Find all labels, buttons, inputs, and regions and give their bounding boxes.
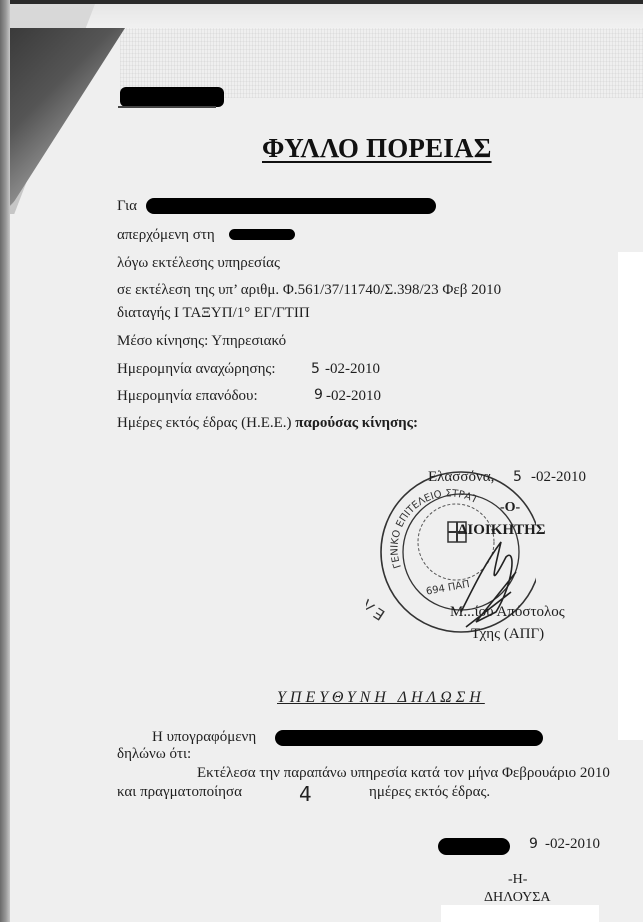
redacted-unit-name (120, 87, 224, 107)
commander-rank: Τχης (ΑΠΓ) (471, 626, 544, 643)
page-title: ΦΥΛΛΟ ΠΟΡΕΙΑΣ (262, 133, 492, 164)
directive-text: διαταγής Ι ΤΑΞΥΠ/1° ΕΓ/ΓΤΙΠ (117, 305, 310, 322)
commander-role: ΔΙΟΙΚΗΤΗΣ (458, 522, 546, 539)
order-reference: σε εκτέλεση της υπ’ αριθμ. Φ.561/37/1174… (117, 282, 501, 299)
scan-white-patch (618, 252, 643, 670)
scan-white-patch (618, 670, 643, 740)
redacted-place (438, 838, 510, 855)
redaction-underline (118, 106, 216, 108)
performed-label: και πραγματοποίησα (117, 784, 242, 801)
days-count-handwritten: 4 (299, 782, 312, 806)
declaration-date-rest: -02-2010 (545, 836, 600, 853)
days-suffix: ημέρες εκτός έδρας. (369, 784, 490, 801)
place-date-rest: -02-2010 (531, 469, 586, 486)
return-label: Ημερομηνία επανόδου: (117, 388, 258, 405)
scan-corner-shadow (10, 28, 125, 208)
days-away-label-normal: Ημέρες εκτός έδρας (Η.Ε.Ε.) (117, 415, 292, 431)
declare-text: δηλώνω ότι: (117, 746, 191, 763)
statement-text: Εκτέλεσα την παραπάνω υπηρεσία κατά τον … (197, 765, 610, 782)
days-away-label: Ημέρες εκτός έδρας (Η.Ε.Ε.) παρούσας κίν… (117, 415, 418, 432)
svg-text:ΕΛΛΗΝΙΚΗ: ΕΛΛΗΝΙΚΗ (366, 523, 388, 624)
signer-label: Η υπογραφόμενη (152, 729, 256, 746)
declarant-article: -Η- (508, 872, 527, 888)
redacted-recipient (146, 198, 436, 214)
scan-white-patch (441, 905, 599, 922)
departure-day-handwritten: 5 (311, 361, 320, 377)
transport-text: Μέσο κίνησης: Υπηρεσιακό (117, 333, 286, 350)
days-away-label-bold: παρούσας κίνησης: (295, 415, 418, 431)
commander-article: -Ο- (500, 500, 520, 516)
declaration-date-day-handwritten: 9 (529, 836, 538, 852)
declarant-role: ΔΗΛΟΥΣΑ (484, 890, 550, 906)
scan-fold-top (0, 4, 643, 30)
return-day-handwritten: 9 (314, 387, 323, 403)
departure-date-rest: -02-2010 (325, 361, 380, 378)
redacted-signer-name (275, 730, 543, 746)
origin-label: απερχόμενη στη (117, 227, 215, 244)
departure-label: Ημερομηνία αναχώρησης: (117, 361, 276, 378)
scan-edge-left (0, 0, 10, 922)
for-label: Για (117, 198, 137, 215)
svg-text:694 ΠΑΠ: 694 ΠΑΠ (425, 579, 470, 598)
redacted-origin (229, 229, 295, 240)
commander-name: Μ...ίου Απόστολος (450, 604, 565, 621)
place-date-prefix: Ελασσόνα, (428, 469, 494, 486)
place-date-day-handwritten: 5 (513, 469, 522, 485)
declaration-title: ΥΠΕΥΘΥΝΗ ΔΗΛΩΣΗ (277, 689, 485, 707)
reason-text: λόγω εκτέλεσης υπηρεσίας (117, 255, 280, 272)
return-date-rest: -02-2010 (326, 388, 381, 405)
